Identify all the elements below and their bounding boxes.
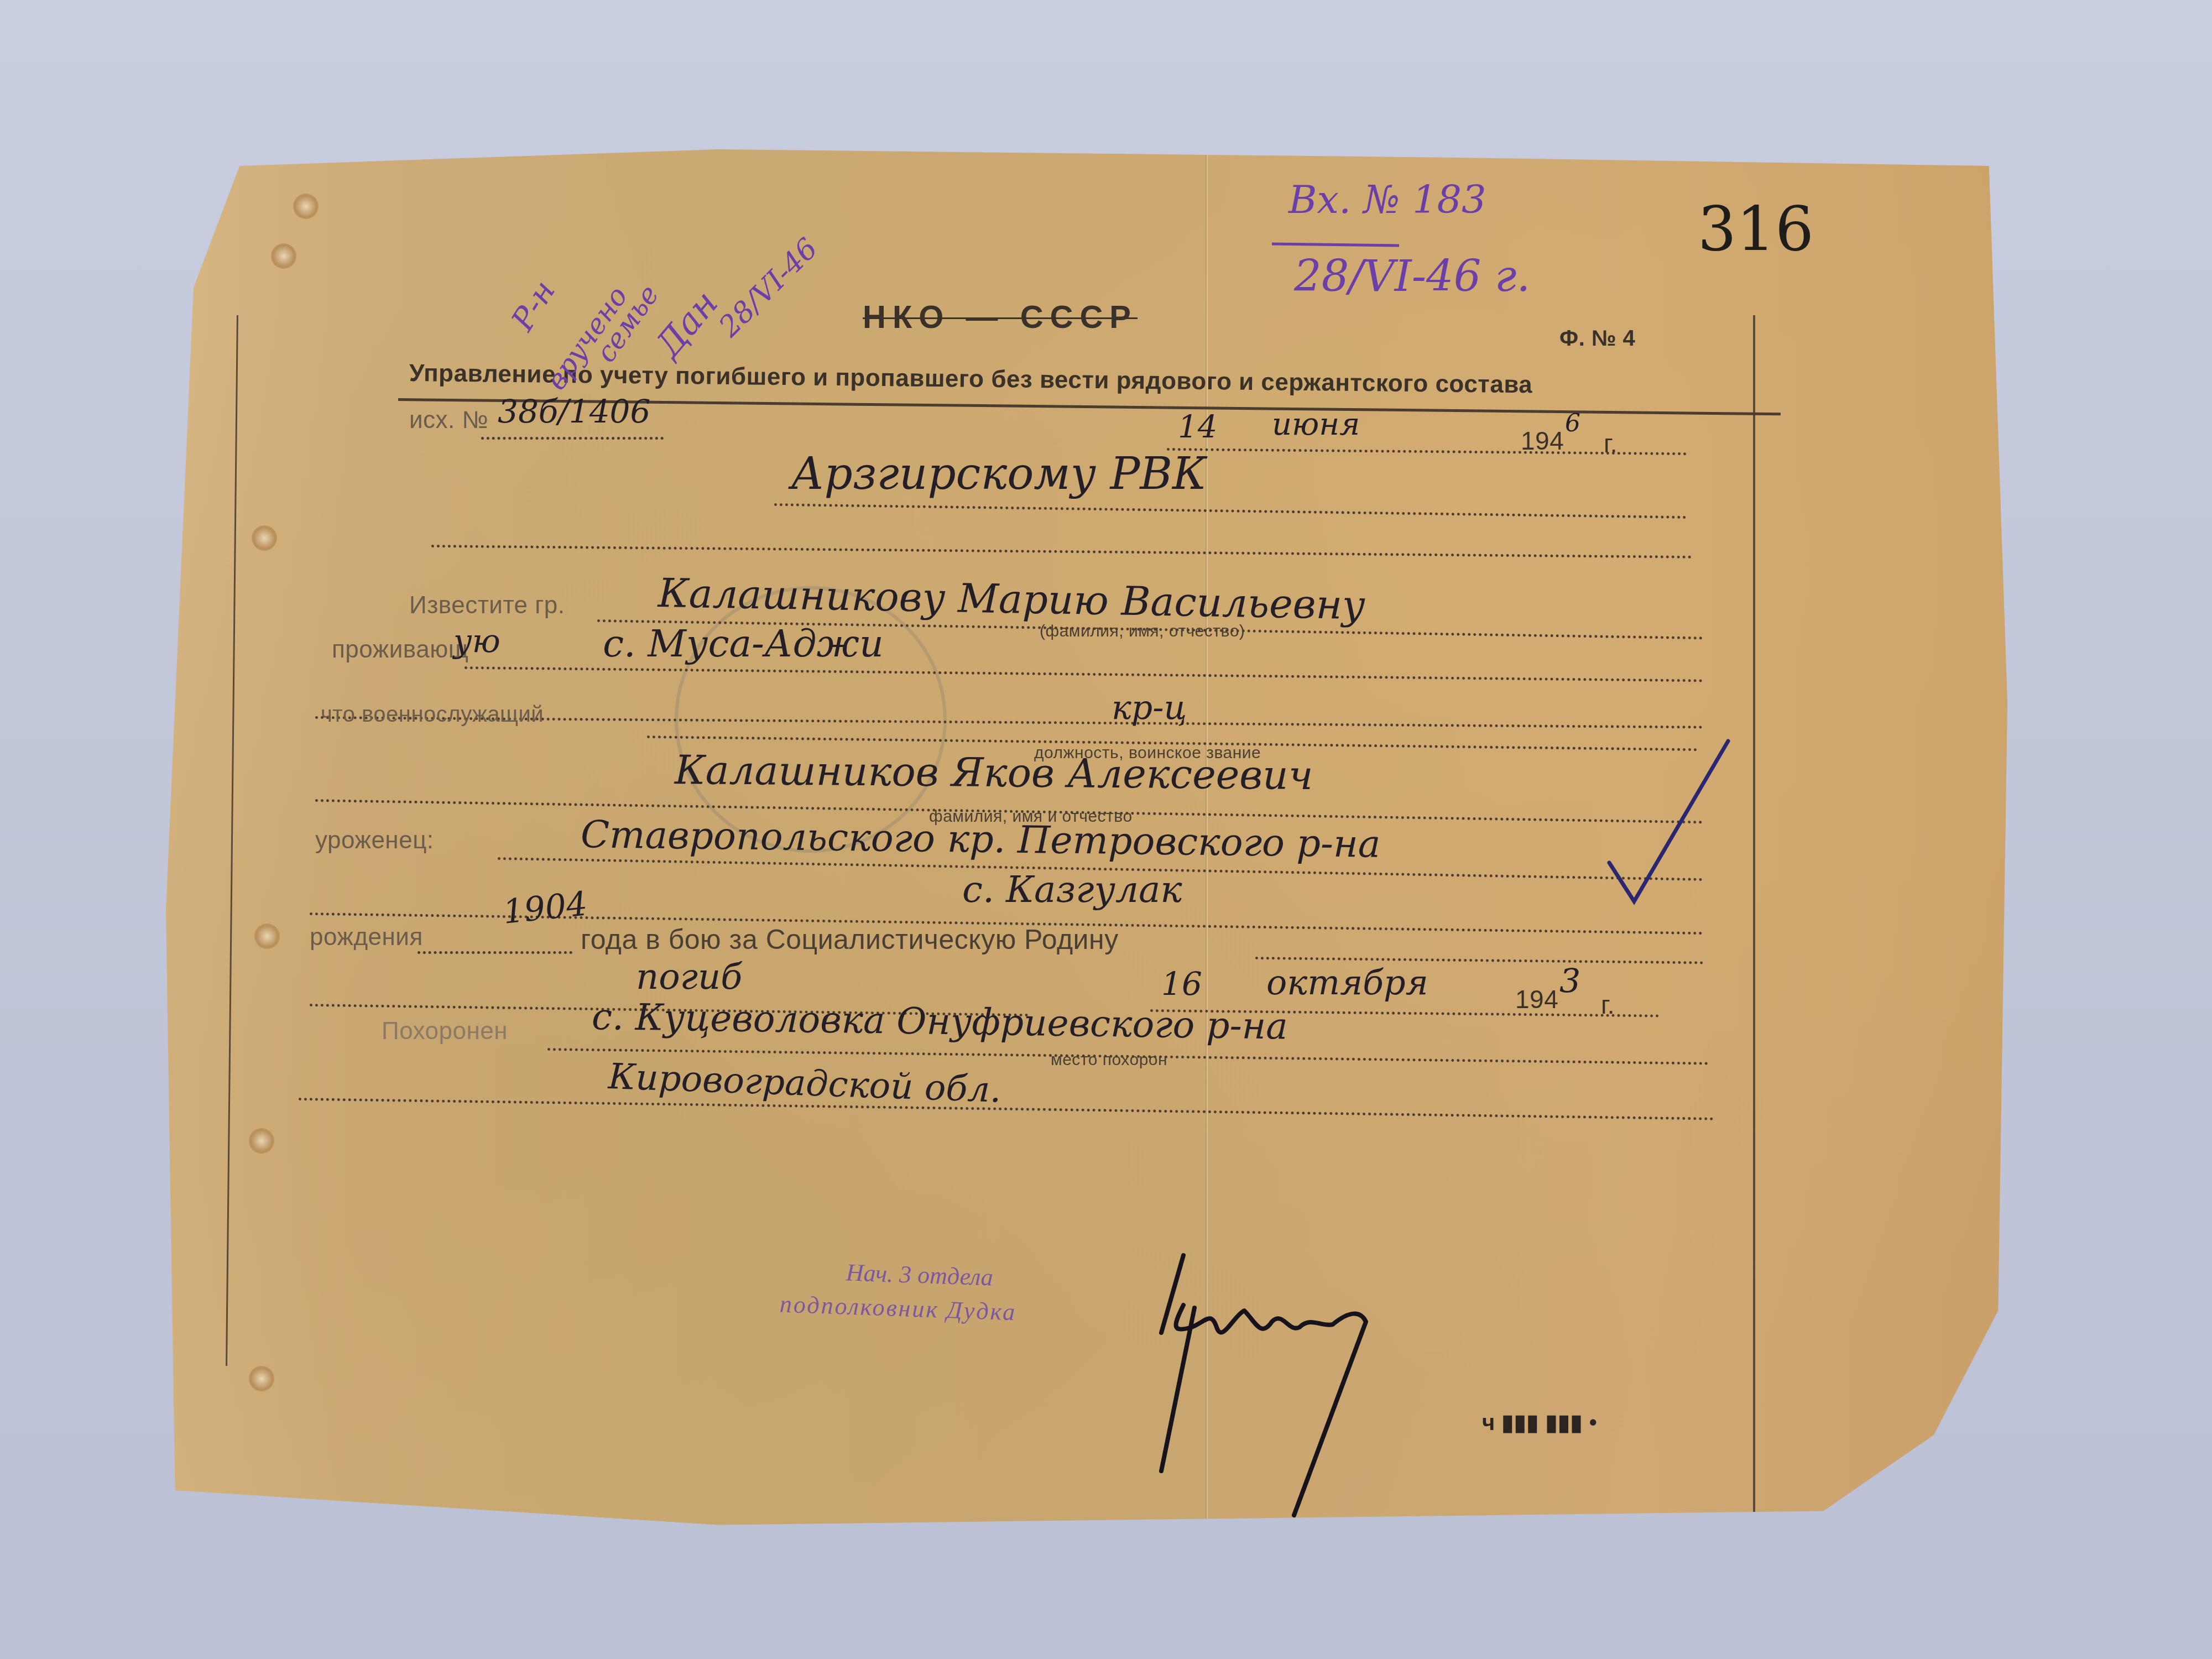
death-year-suffix: 3 — [1559, 962, 1580, 1001]
addressee-dotline — [774, 503, 1687, 519]
native-line1: Ставропольского кр. Петровского р-на — [581, 813, 1381, 867]
punch-hole — [249, 1366, 274, 1391]
residing-label: проживающ — [332, 636, 468, 664]
buried-line1: с. Куцеволовка Онуфриевского р-на — [591, 995, 1288, 1048]
punch-hole — [254, 924, 280, 949]
right-margin-rule — [1753, 315, 1755, 1587]
death-year-prefix: 194 — [1515, 984, 1558, 1014]
soldier-name: Калашников Яков Алексеевич — [675, 747, 1313, 799]
residing-dotline — [465, 666, 1703, 682]
birth-year: 1904 — [501, 884, 589, 932]
buried-dotline-2 — [299, 1098, 1714, 1120]
document-sheet: НКО — СССР Ф. № 4 Управление по учету по… — [166, 149, 2007, 1532]
outgoing-label: исх. № — [409, 406, 488, 434]
left-margin-rule — [226, 315, 238, 1366]
serviceman-label: что военнослужащий — [321, 702, 544, 727]
battle-text: года в бою за Социалистическую Родину — [581, 924, 1119, 956]
incoming-number: Вх. № 183 — [1288, 177, 1486, 222]
signature-title-line1: Нач. 3 отдела — [846, 1258, 994, 1291]
date-month: июня — [1272, 406, 1360, 442]
punch-hole — [271, 243, 296, 269]
rank-value: кр-ц — [1112, 688, 1187, 727]
printer-mark: ч ▮▮▮ ▮▮▮ • — [1482, 1410, 1597, 1436]
native-line2: с. Казгулак — [962, 868, 1182, 911]
buried-caption: место похорон — [1051, 1051, 1167, 1070]
punch-hole — [293, 194, 319, 219]
date-year-prefix: 194 — [1521, 426, 1564, 456]
incoming-date: 28/VI-46 г. — [1294, 252, 1530, 301]
notify-caption: (фамилия, имя, отчество) — [1040, 622, 1245, 641]
date-year-unit: г. — [1604, 429, 1618, 458]
death-month: октября — [1266, 962, 1428, 1003]
native-label: уроженец: — [315, 827, 434, 854]
death-year-unit: г. — [1601, 990, 1615, 1020]
signature-title-line2: подполковник Дудка — [779, 1290, 1017, 1327]
fate-value: погиб — [636, 957, 742, 998]
blank-dotline — [431, 545, 1692, 559]
form-header: НКО — СССР — [863, 299, 1138, 336]
date-year-suffix: 6 — [1565, 409, 1580, 437]
addressee: Арзгирскому РВК — [791, 448, 1207, 499]
notify-label: Известите гр. — [409, 592, 565, 619]
buried-label: Похоронен — [382, 1018, 508, 1045]
form-number: Ф. № 4 — [1559, 326, 1635, 351]
death-day: 16 — [1161, 965, 1202, 1003]
birth-dotline — [418, 951, 572, 954]
signature-icon — [1139, 1250, 1405, 1526]
resolution-line1: Р-н — [504, 274, 562, 337]
residing-value: с. Муса-Аджи — [603, 622, 884, 666]
checkmark-icon — [1604, 735, 1736, 912]
birth-label: рождения — [310, 924, 423, 951]
residing-suffix: ую — [453, 622, 500, 660]
date-day: 14 — [1178, 409, 1217, 445]
resolution-date: 28/VI-46 — [713, 232, 825, 343]
sheet-number: 316 — [1698, 194, 1814, 264]
outgoing-number: 38б/1406 — [498, 393, 650, 430]
punch-hole — [252, 525, 277, 551]
incoming-divider — [1272, 242, 1399, 247]
punch-hole — [249, 1128, 274, 1154]
outgoing-dotline — [481, 437, 664, 440]
